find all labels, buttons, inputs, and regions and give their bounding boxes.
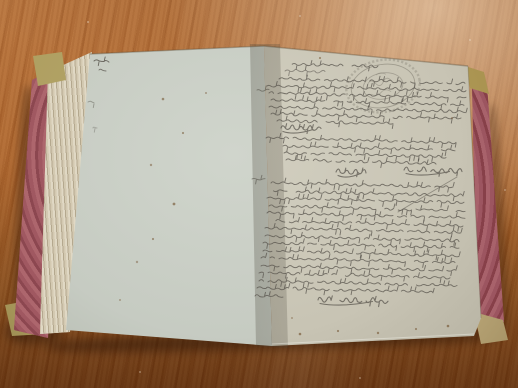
page-top-edge-line bbox=[90, 46, 468, 66]
page-right-edge-line bbox=[468, 66, 481, 318]
handwriting-line bbox=[257, 86, 269, 91]
handwriting-line bbox=[269, 203, 465, 215]
handwriting-line bbox=[252, 175, 265, 184]
handwriting-line bbox=[267, 82, 466, 95]
handwriting-line bbox=[263, 239, 459, 252]
foxing-speck bbox=[136, 261, 138, 263]
handwriting-line bbox=[404, 167, 462, 176]
foxing-speck bbox=[182, 132, 184, 134]
dust-speck bbox=[299, 15, 301, 17]
dust-speck bbox=[87, 21, 89, 23]
foxing-speck bbox=[162, 98, 165, 101]
handwriting-line bbox=[336, 168, 366, 177]
foxing-speck bbox=[299, 333, 302, 336]
handwriting-line bbox=[286, 156, 436, 168]
foxing-speck bbox=[291, 317, 293, 319]
handwriting-line bbox=[255, 292, 283, 298]
handwriting-line bbox=[281, 124, 321, 134]
archival-manuscript-photo bbox=[0, 0, 518, 388]
foxing-speck bbox=[447, 325, 450, 328]
dust-speck bbox=[469, 39, 471, 41]
foxing-speck bbox=[377, 332, 379, 334]
foxing-speck bbox=[319, 57, 321, 59]
dust-speck bbox=[504, 189, 506, 191]
ink-shelf-mark bbox=[88, 101, 94, 107]
foxing-speck bbox=[152, 238, 154, 240]
foxing-speck bbox=[337, 330, 339, 332]
handwriting-line bbox=[271, 110, 461, 124]
ink-shelf-mark bbox=[93, 127, 97, 132]
foxing-speck bbox=[150, 164, 152, 166]
handwriting-line bbox=[292, 61, 343, 70]
handwriting-line bbox=[267, 194, 464, 207]
handwriting-line bbox=[271, 178, 454, 192]
dust-speck bbox=[359, 377, 361, 379]
handwriting-line bbox=[259, 277, 457, 287]
seal-stamp bbox=[342, 54, 424, 118]
foxing-speck bbox=[119, 299, 121, 301]
foxing-speck bbox=[415, 328, 417, 330]
handwriting-line bbox=[318, 296, 388, 307]
handwriting-line bbox=[283, 142, 455, 156]
ink-shelf-mark bbox=[94, 57, 109, 66]
handwriting-line bbox=[276, 218, 463, 232]
page-bottom-edge-highlight bbox=[272, 334, 474, 344]
foxing-speck bbox=[205, 92, 207, 94]
foxing-speck bbox=[173, 203, 176, 206]
foxing-speck bbox=[451, 117, 453, 119]
ink-layer bbox=[0, 0, 518, 388]
handwriting-line bbox=[285, 69, 325, 76]
dust-speck bbox=[139, 371, 141, 373]
ink-shelf-mark bbox=[99, 69, 106, 71]
